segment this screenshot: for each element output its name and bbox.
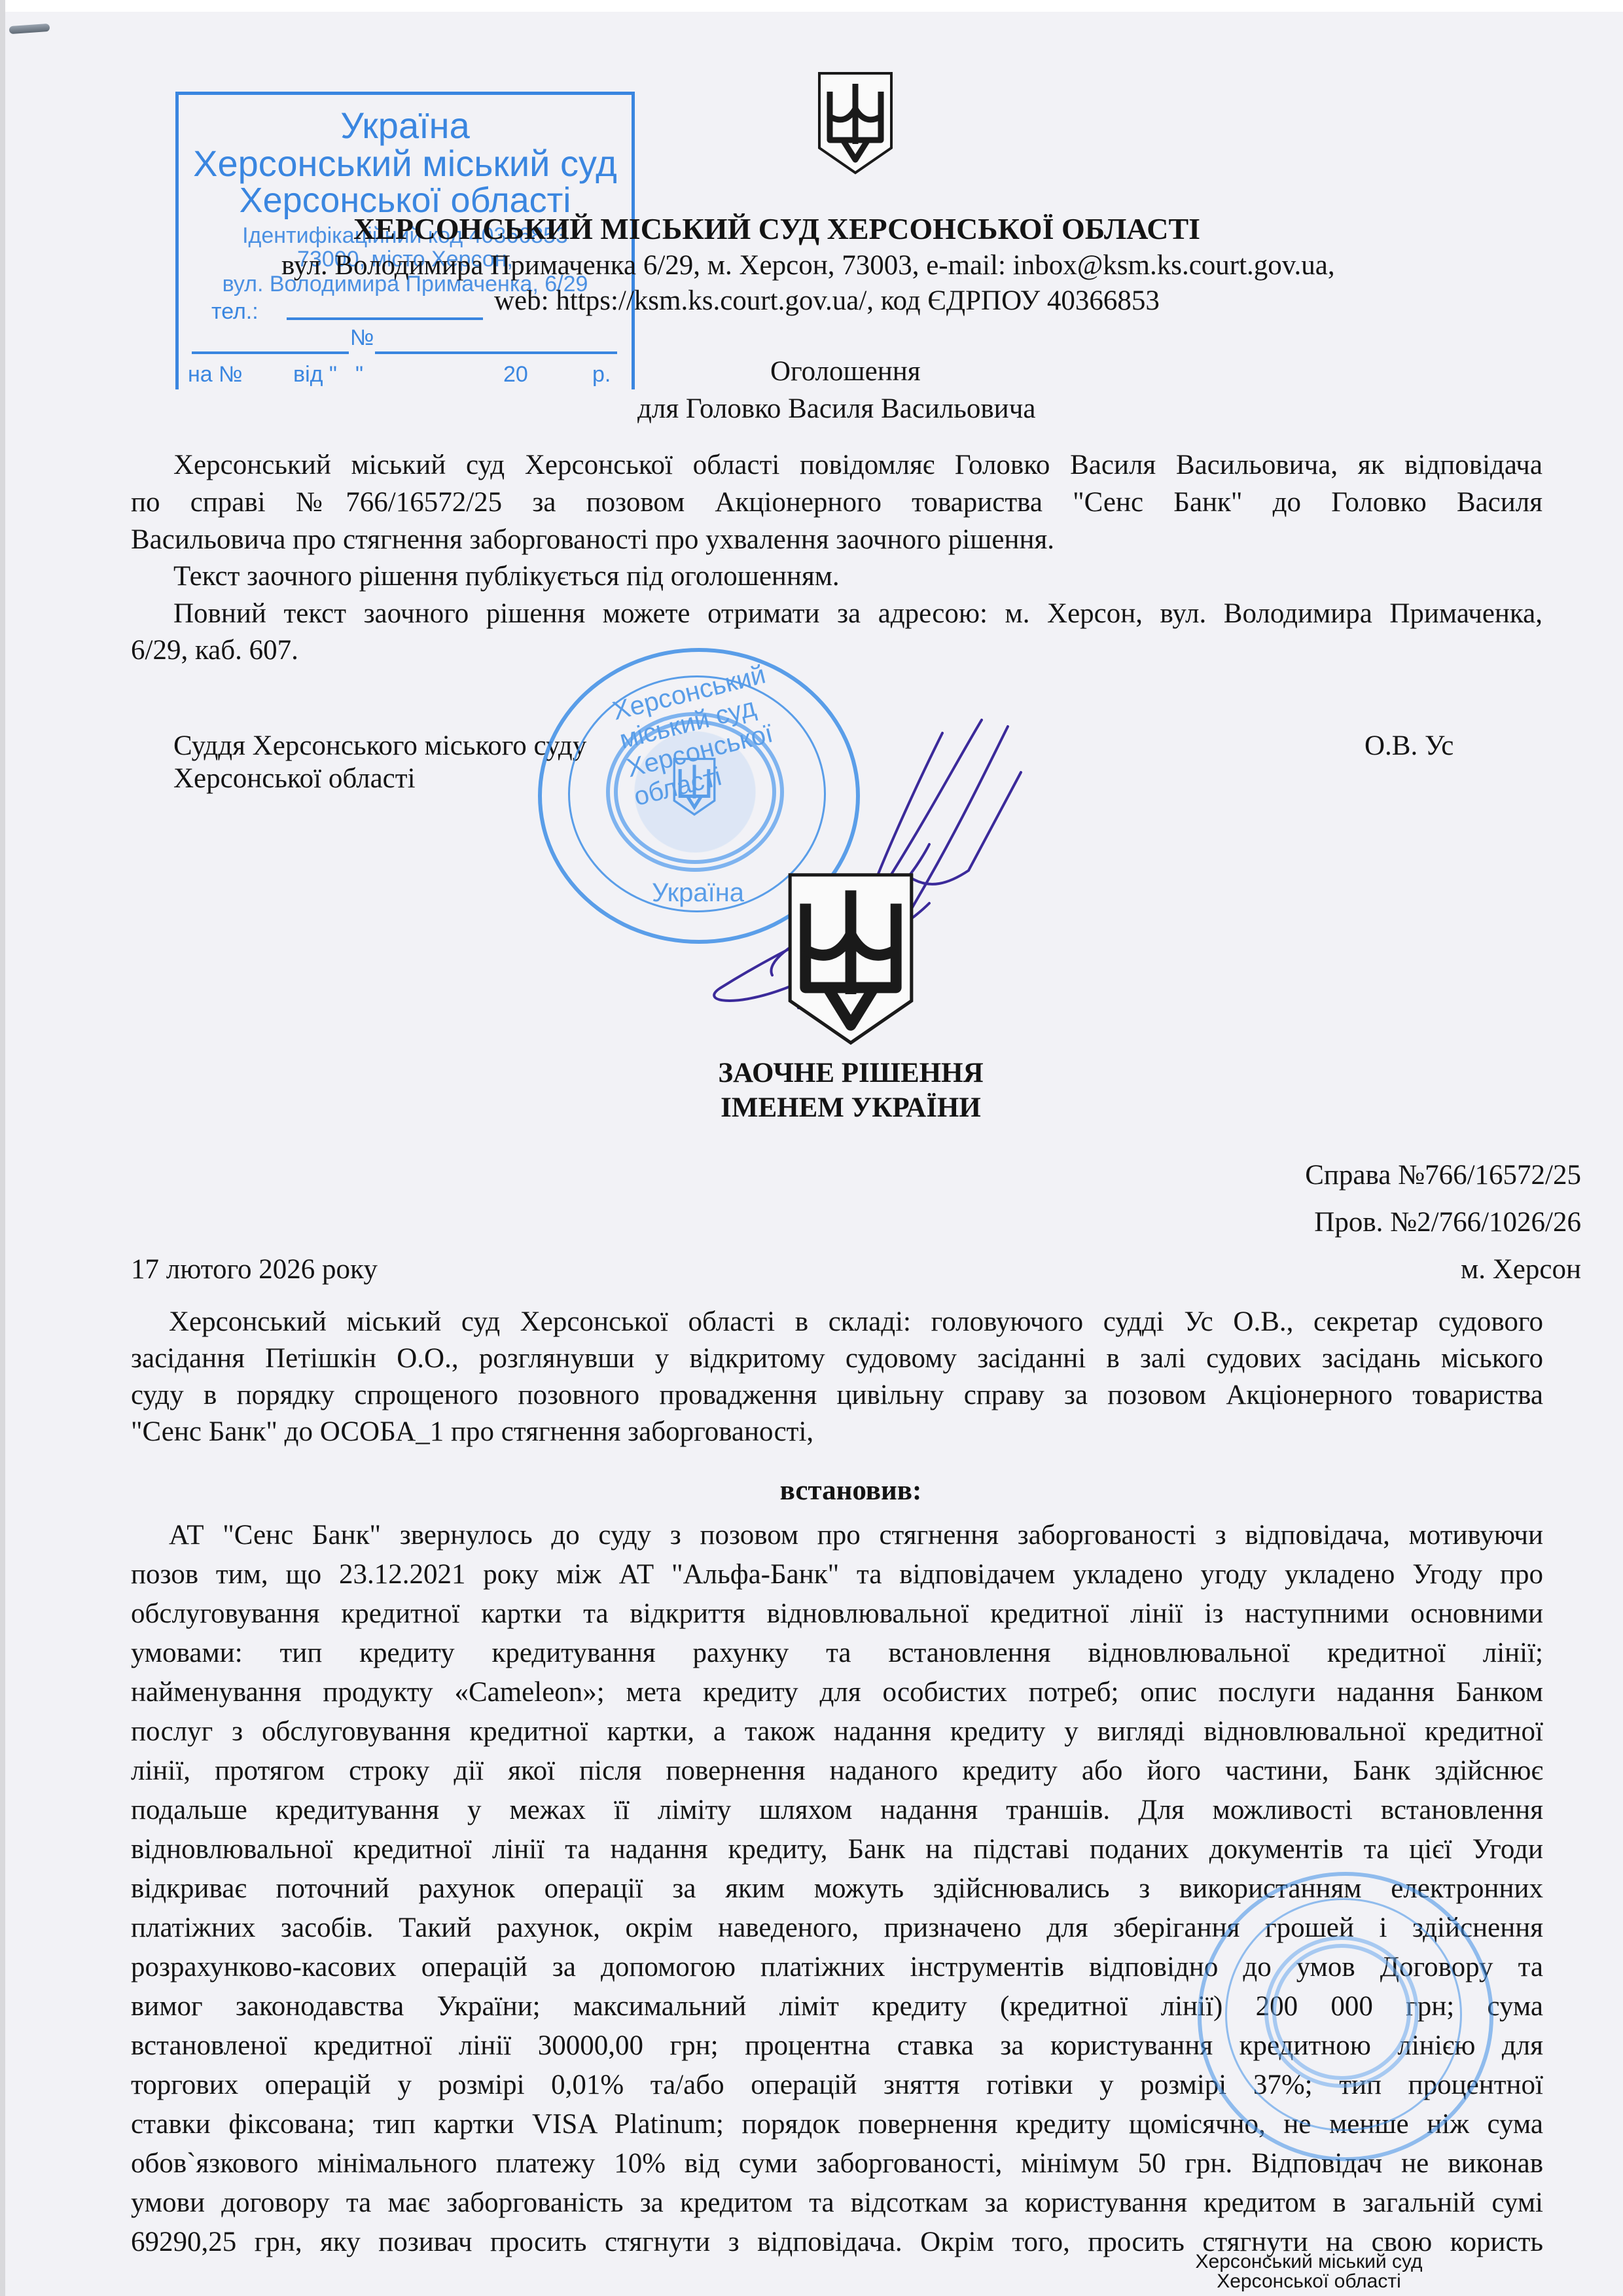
decision-date: 17 лютого 2026 року — [131, 1251, 378, 1287]
intro-line-3: суду в порядку спрощеного позовного пров… — [131, 1377, 1543, 1413]
intro-line-1: Херсонський міський суд Херсонської обла… — [169, 1304, 1543, 1340]
announcement-line-2: по справі №766/16572/25 за позовом Акціо… — [131, 484, 1543, 520]
body-line: відновлювальної кредитної лінії та надан… — [131, 1831, 1543, 1867]
stamp-number-line-left — [192, 351, 349, 354]
decision-coat-of-arms-icon — [783, 870, 919, 1047]
stamp-court-name: Херсонський міський суд — [179, 142, 632, 185]
stamp-tel-line — [287, 317, 483, 320]
barcode-org-line-1: Херсонський міський суд — [1145, 2251, 1472, 2272]
announcement-address-line-1: Повний текст заочного рішення можете отр… — [173, 596, 1543, 632]
signature-title-line-1: Суддя Херсонського міського суду — [173, 728, 586, 764]
body-line: умови договору та має заборгованість за … — [131, 2185, 1543, 2221]
proceeding-number: Пров. №2/766/1026/26 — [982, 1204, 1581, 1240]
coat-of-arms-icon — [817, 71, 894, 175]
scan-top-margin — [0, 0, 1623, 12]
announcement-addressee: для Головко Василя Васильовича — [637, 391, 1035, 427]
stamp-tel-label: тел.: — [211, 299, 259, 325]
body-line: АТ "Сенс Банк" звернулось до суду з позо… — [169, 1517, 1543, 1553]
court-name-heading: ХЕРСОНСЬКИЙ МІСЬКИЙ СУД ХЕРСОНСЬКОЇ ОБЛА… — [353, 211, 1400, 247]
scan-left-edge — [0, 0, 5, 2296]
body-line: послуг з обслуговування кредитної картки… — [131, 1713, 1543, 1749]
stamp-number-label: № — [350, 325, 374, 351]
court-address: вул. Володимира Примаченка 6/29, м. Херс… — [281, 247, 1590, 283]
court-website: web: https://ksm.ks.court.gov.ua/, код Є… — [494, 283, 1541, 319]
established-heading: встановив: — [654, 1473, 1047, 1509]
court-round-seal-bottom — [1198, 1872, 1493, 2161]
decision-city: м. Херсон — [1178, 1251, 1581, 1287]
body-line: лінії, протягом строку дії якої після по… — [131, 1753, 1543, 1789]
stamp-from-label: від " — [293, 362, 337, 387]
signature-title-line-2: Херсонської області — [173, 761, 416, 797]
stamp-year-suffix: р. — [592, 362, 611, 387]
body-line: подальше кредитування у межах її ліміту … — [131, 1792, 1543, 1828]
barcode-org-line-2: Херсонської області — [1145, 2271, 1472, 2292]
stamp-in-reply-label: на № — [188, 362, 243, 387]
staple-mark — [9, 24, 50, 34]
judge-name: О.В. Ус — [1364, 728, 1454, 764]
decision-title: ЗАОЧНЕ РІШЕННЯ — [589, 1055, 1113, 1091]
intro-line-2: засідання Петішкін О.О., розглянувши у в… — [131, 1340, 1543, 1376]
stamp-country: Україна — [179, 104, 632, 147]
body-line: умовами: тип кредиту кредитування рахунк… — [131, 1635, 1543, 1671]
stamp-number-line-right — [375, 351, 617, 354]
intro-line-4: "Сенс Банк" до ОСОБА_1 про стягнення заб… — [131, 1414, 1543, 1450]
announcement-address-line-2: 6/29, каб. 607. — [131, 632, 298, 668]
document-page: Україна Херсонський міський суд Херсонсь… — [0, 0, 1623, 2296]
body-line: позов тим, що 23.12.2021 року між АТ "Ал… — [131, 1556, 1543, 1592]
stamp-year-label: 20 — [503, 362, 528, 387]
announcement-line-1: Херсонський міський суд Херсонської обла… — [173, 447, 1543, 483]
announcement-line-3: Васильовича про стягнення заборгованості… — [131, 522, 1543, 558]
body-line: обслуговування кредитної картки та відкр… — [131, 1596, 1543, 1632]
announcement-title: Оголошення — [770, 353, 921, 389]
case-number: Справа №766/16572/25 — [982, 1157, 1581, 1193]
body-line: найменування продукту «Cameleon»; мета к… — [131, 1674, 1543, 1710]
announcement-publication-note: Текст заочного рішення публікується під … — [173, 558, 1543, 594]
decision-subtitle: ІМЕНЕМ УКРАЇНИ — [589, 1090, 1113, 1126]
stamp-quote-close: " — [355, 362, 363, 387]
